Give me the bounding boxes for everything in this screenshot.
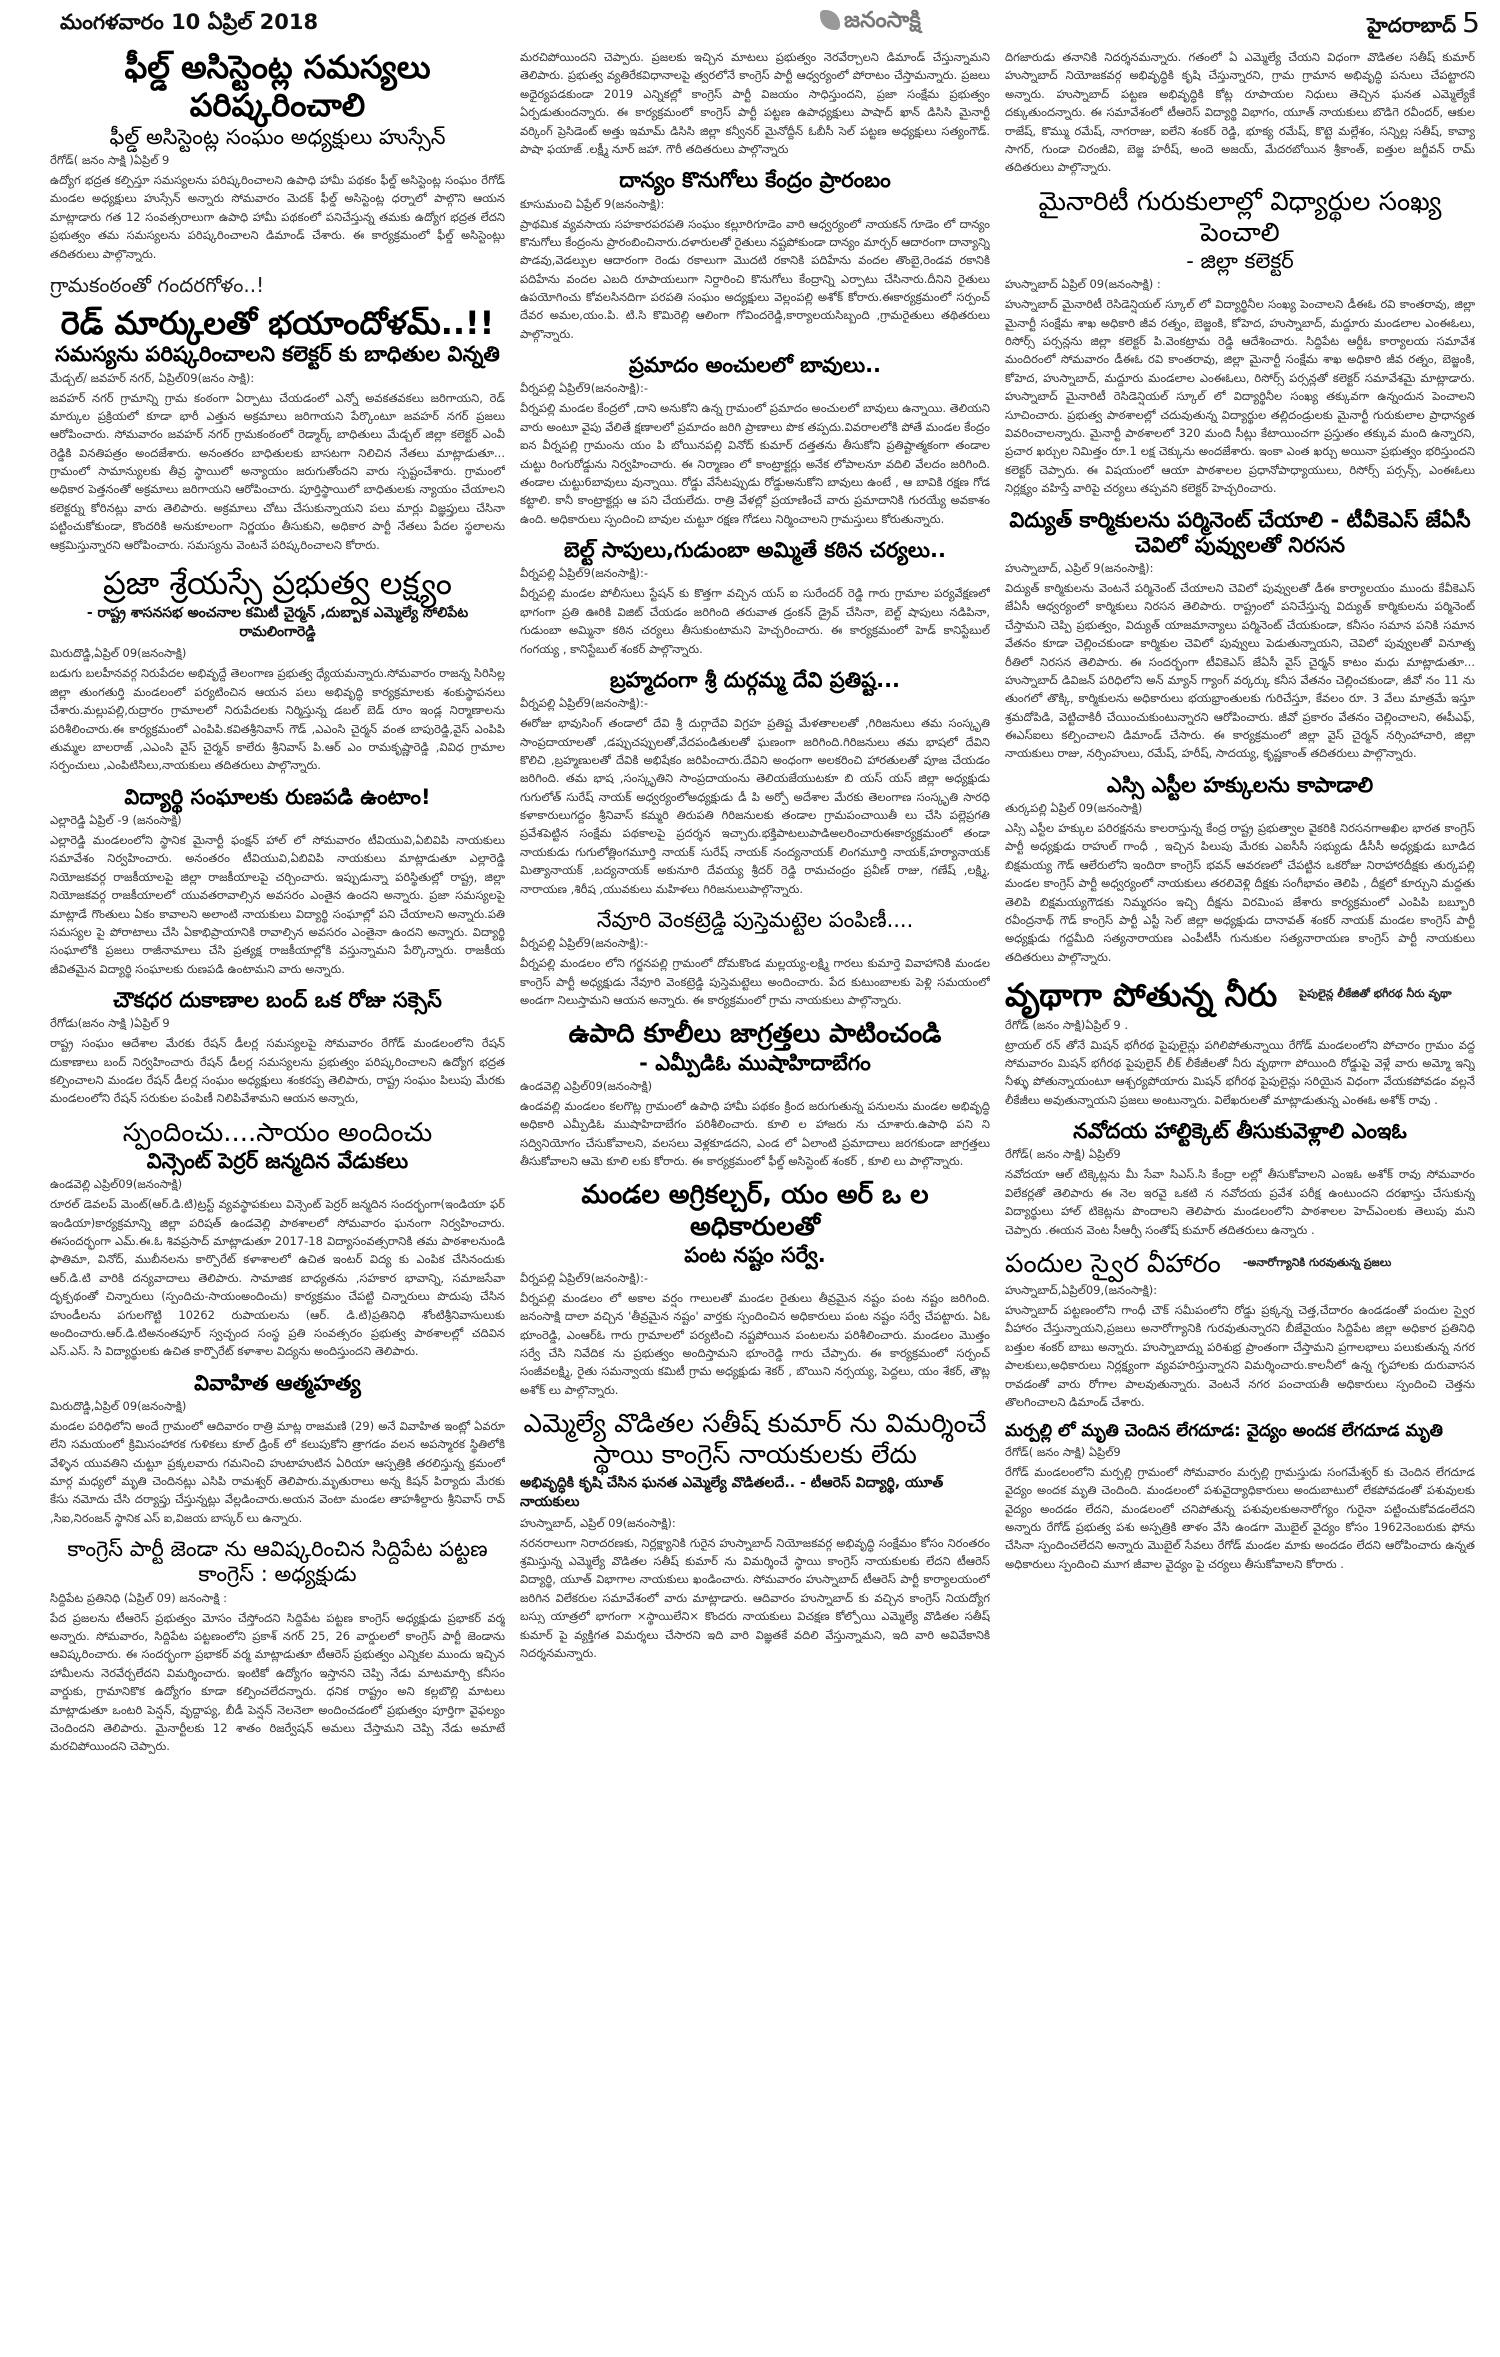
story-body: విద్యుత్ కార్మికులను వెంటనే పర్మినెంట్ చ… xyxy=(1005,579,1475,763)
dateline: వీర్నపల్లి ఏప్రిల్9(జనంసాక్షి):- xyxy=(520,936,990,953)
dateline: మేడ్చల్/ జవహర్ నగర్, ఏప్రిల్09(జనం సాక్ష… xyxy=(50,371,505,388)
headline: ఎమ్మెల్యే వొడితల సతీష్ కుమార్ ను విమర్శి… xyxy=(520,1409,990,1471)
story-body: జవహర్ నగర్ గ్రామాన్ని గ్రామ కంఠంగా ఏర్పా… xyxy=(50,389,505,555)
story-body: ప్రాథమిక వ్యవసాయ సహకారపరపతి సంఘం కల్లూరి… xyxy=(520,215,990,344)
inline-subheadline: పైపులైన్ల లీకేజితో భగీరథ నీరు వృథా xyxy=(1299,987,1451,1003)
logo-text: జనంసాక్షి xyxy=(844,8,921,33)
headline: ఉపాది కూలీలు జాగ్రత్తలు పాటించండి xyxy=(520,1019,990,1050)
page-number: 5 xyxy=(1462,6,1480,39)
story-electricity-workers: విద్యుత్ కార్మికులను పర్మినెంట్ చేయాలి -… xyxy=(1005,508,1475,763)
dateline: హుస్నాబాద్,ఏప్రిల్09,(జనంసాక్షి): xyxy=(1005,1283,1475,1300)
story-minority-gurukul: మైనారిటీ గురుకులాల్లో విధ్యార్థుల సంఖ్య … xyxy=(1005,187,1475,498)
dateline: రేగోడ్ (జనం సాక్షి)ఏప్రిల్ 9 . xyxy=(1005,1018,1475,1035)
dateline: ఎల్లారెడ్డి ఏప్రిల్ -9 (జనంసాక్షి) xyxy=(50,813,505,830)
story-body: ఎస్సి ఎస్టీల హక్కుల పరిరక్షనను కాలరాస్తు… xyxy=(1005,819,1475,966)
story-calf-death: మర్పల్లి లో మృతి చెందిన లేగదూడ: వైద్యం అ… xyxy=(1005,1421,1475,1573)
headline: బ్రహ్మదంగా శ్రీ దుర్గమ్మ దేవి ప్రతిష్ట..… xyxy=(520,668,990,693)
edition-and-page: హైదరాబాద్5 xyxy=(1367,6,1480,42)
story-pigs: పందుల స్వైర వీహారం -అనారోగ్యానికి గురవుత… xyxy=(1005,1249,1475,1412)
column-1: ఫీల్డ్ అసిస్టెంట్ల సమస్యలు పరిష్కరించాలి… xyxy=(50,48,505,2337)
dateline: వీర్నపల్లి ఏప్రిల్9(జనంసాక్షి):- xyxy=(520,696,990,713)
dateline: వీర్నపల్లి ఏప్రిల్9(జనంసాక్షి):- xyxy=(520,381,990,398)
headline: చౌకధర దుకాణాల బంద్ ఒక రోజు సక్సెస్ xyxy=(50,988,505,1013)
story-continuation: మరచిపోయిందని చెప్పారు. ప్రజలకు ఇచ్చిన మా… xyxy=(520,48,990,158)
story-student-unions: విద్యార్థి సంఘాలకు రుణపడి ఉంటాం! ఎల్లారె… xyxy=(50,785,505,978)
dateline: వీర్నపల్లి ఏప్రిల్9(జనంసాక్షి):- xyxy=(520,566,990,583)
dateline: ఉండవెల్లి ఎప్రిల్09(జనంసాక్షి) xyxy=(50,1177,505,1194)
story-body: నవోదయా ఆల్ టిక్కెట్లను మీ సేవా సిఎస్.సి … xyxy=(1005,1165,1475,1239)
subheadline: చెవిలో పువ్వులతో నిరసన xyxy=(1005,533,1475,558)
headline: బెల్ట్ సాపులు,గుడుంబా అమ్మితే కఠిన చర్యల… xyxy=(520,538,990,563)
dateline: ఉండవెల్లి ఎప్రిల్09(జనంసాక్షి) xyxy=(520,1079,990,1096)
edition-name: హైదరాబాద్ xyxy=(1367,13,1456,37)
story-suicide: వివాహిత ఆత్మహత్య మిరుదొడ్డి,ఏప్రిల్ 09(జ… xyxy=(50,1371,505,1528)
headline: నవోదయ హాల్టిక్కెట్ తీసుకువెళ్లాలి ఎంఇఓ xyxy=(1005,1119,1475,1144)
dateline: హుస్నాబాద్, ఎప్రిల్ 09(జనంసాక్షి): xyxy=(520,1516,990,1533)
story-durgamma: బ్రహ్మదంగా శ్రీ దుర్గమ్మ దేవి ప్రతిష్ట..… xyxy=(520,668,990,898)
story-sc-st-rights: ఎస్సి ఎస్టీల హక్కులను కాపాడాలి తుర్కపల్ల… xyxy=(1005,773,1475,966)
story-congress-flag: కాంగ్రెస్ పార్టీ జెండా ను ఆవిష్కరించిన స… xyxy=(50,1537,505,1756)
story-ration-bandh: చౌకధర దుకాణాల బంద్ ఒక రోజు సక్సెస్ రేగోడ… xyxy=(50,988,505,1108)
dateline: రేగోడు(జనం సాక్షి )ఏప్రిల్ 9 xyxy=(50,1016,505,1033)
story-body: రూరల్ డెవలప్ మెంట్(ఆర్.డి.టి)ట్రస్ట్ వ్య… xyxy=(50,1195,505,1361)
subheadline: ఫీల్డ్ అసిస్టెంట్ల సంఘం అధ్యక్షులు హుస్స… xyxy=(50,125,505,150)
headline-row: వృథాగా పోతున్న నీరు పైపులైన్ల లీకేజితో భ… xyxy=(1005,976,1475,1014)
headline: వృథాగా పోతున్న నీరు xyxy=(1005,976,1277,1014)
story-body: రేగోడ్ మండలంలోని మర్పల్లి గ్రామంలో సోమవా… xyxy=(1005,1463,1475,1573)
column-3: దిగజారుడు తనానికి నిదర్శనమన్నారు. గతంలో … xyxy=(1005,48,1475,2337)
story-body: ఉద్యోగ భద్రత కల్పిస్తూ సమస్యలను పరిష్కరి… xyxy=(50,171,505,263)
headline: మైనారిటీ గురుకులాల్లో విధ్యార్థుల సంఖ్య … xyxy=(1005,187,1475,249)
story-belt-shops: బెల్ట్ సాపులు,గుడుంబా అమ్మితే కఠిన చర్యల… xyxy=(520,538,990,658)
headline-row: పందుల స్వైర వీహారం -అనారోగ్యానికి గురవుత… xyxy=(1005,1249,1475,1280)
story-water-wastage: వృథాగా పోతున్న నీరు పైపులైన్ల లీకేజితో భ… xyxy=(1005,976,1475,1109)
headline: నేవూరి వెంకట్రెడ్డి పుస్తెమట్టెల పంపిణీ.… xyxy=(520,908,990,933)
subheadline: - రాష్ట్ర శాసనసభ అంచనాల కమిటీ చైర్మన్ ,ద… xyxy=(50,605,505,643)
dateline: రేగోడ్( జనం సాక్షి) ఏప్రిల్9 xyxy=(1005,1147,1475,1164)
story-body: దిగజారుడు తనానికి నిదర్శనమన్నారు. గతంలో … xyxy=(1005,48,1475,177)
masthead: మంగళవారం 10 ఏప్రిల్ 2018 జనంసాక్షి హైదరా… xyxy=(60,6,1480,40)
subheadline: సమస్యను పరిష్కరించాలని కలెక్టర్ కు బాధిత… xyxy=(50,342,505,367)
story-body: మండల పరిధిలోని అందే గ్రామంలో ఆదివారం రాత… xyxy=(50,1417,505,1527)
headline: పందుల స్వైర వీహారం xyxy=(1005,1249,1221,1280)
dateline: హుస్నాబాద్, ఎప్రిల్ 9(జనంసాక్షి): xyxy=(1005,561,1475,578)
subheadline: అభివృద్ధికి కృషి చేసిన ఘనత ఎమ్మెల్యే వొడ… xyxy=(520,1475,990,1513)
issue-date: మంగళవారం 10 ఏప్రిల్ 2018 xyxy=(60,10,318,40)
story-red-marks: గ్రామకంఠంతో గందరగోళం..! రెడ్ మార్కులతో భ… xyxy=(50,273,505,554)
story-dangerous-wells: ప్రమాదం అంచులలో బావులు.. వీర్నపల్లి ఏప్ర… xyxy=(520,353,990,528)
dateline: కూసుమంచి ఏప్రేల్ 9(జనంసాక్షి): xyxy=(520,197,990,214)
headline: కాంగ్రెస్ పార్టీ జెండా ను ఆవిష్కరించిన స… xyxy=(50,1537,505,1587)
dateline: మిరుదొడ్డి,ఏప్రిల్ 09(జనంసాక్షి) xyxy=(50,1399,505,1416)
dateline: వీర్నపల్లి ఏప్రిల్9(జనంసాక్షి):- xyxy=(520,1271,990,1288)
subheadline: విన్సెంట్ పెర్రర్ జన్మదిన వేడుకలు xyxy=(50,1149,505,1174)
story-body: వీర్నపల్లి మండలం లో అకాల వర్షం గాలులతో మ… xyxy=(520,1289,990,1399)
dateline: తుర్కపల్లి ఏప్రిల్ 09(జనంసాక్షి) xyxy=(1005,801,1475,818)
story-body: రాష్ట్ర సంఘం ఆదేశాల మేరకు రేషన్ డీలర్ల స… xyxy=(50,1034,505,1108)
story-body: ట్రాయల్ రన్ తోనే మిషన్ భగీరథ పైపులైన్లు … xyxy=(1005,1036,1475,1110)
headline: విద్యార్థి సంఘాలకు రుణపడి ఉంటాం! xyxy=(50,785,505,810)
story-body: మరచిపోయిందని చెప్పారు. ప్రజలకు ఇచ్చిన మా… xyxy=(520,48,990,158)
kicker: గ్రామకంఠంతో గందరగోళం..! xyxy=(50,273,505,302)
story-body: హుస్నాబాద్ పట్టణంలోని గాంధీ చౌక్ సమీపంలో… xyxy=(1005,1301,1475,1411)
story-continuation: దిగజారుడు తనానికి నిదర్శనమన్నారు. గతంలో … xyxy=(1005,48,1475,177)
headline: ఫీల్డ్ అసిస్టెంట్ల సమస్యలు పరిష్కరించాలి xyxy=(50,48,505,125)
story-body: హుస్నాబాద్ మైనారిటీ రెసిడెన్షియల్ స్కూల్… xyxy=(1005,295,1475,497)
dateline: మిరుదొడ్డి,ఏప్రిల్ 09(జనంసాక్షి) xyxy=(50,646,505,663)
story-crop-survey: మండల అగ్రికల్చర్, యం అర్ ఒ ల అధికారులతో … xyxy=(520,1180,990,1399)
story-body: నరనరాలుగా నిరాదరణకు, నిర్లక్ష్యానికి గుర… xyxy=(520,1534,990,1663)
story-body: బడుగు బలహీనవర్గ నిరుపేదల అభివృద్దే తెలంగ… xyxy=(50,664,505,774)
headline: ఎస్సి ఎస్టీల హక్కులను కాపాడాలి xyxy=(1005,773,1475,798)
headline: మర్పల్లి లో మృతి చెందిన లేగదూడ: వైద్యం అ… xyxy=(1005,1421,1475,1441)
dateline: రేగోడ్( జనం సాక్షి) ఏప్రిల్9 xyxy=(1005,1445,1475,1462)
story-grain-purchase: దాన్యం కొనుగోలు కేంద్రం ప్రారంబం కూసుమంచ… xyxy=(520,168,990,343)
story-field-assistants: ఫీల్డ్ అసిస్టెంట్ల సమస్యలు పరిష్కరించాలి… xyxy=(50,48,505,263)
story-body: ఈరోజు భావుసింగ్ తండాలో దేవి శ్రీ దుర్గాద… xyxy=(520,714,990,898)
headline: విద్యుత్ కార్మికులను పర్మినెంట్ చేయాలి -… xyxy=(1005,508,1475,533)
story-body: వీర్నపల్లి మండలం లోని గర్జనపల్లి గ్రామంల… xyxy=(520,954,990,1009)
headline: స్పందించు....సాయం అందించు xyxy=(50,1118,505,1149)
story-body: వీర్నపల్లి మండల పోలీసులు స్టేషన్ కు కొత్… xyxy=(520,584,990,658)
story-mla-satish: ఎమ్మెల్యే వొడితల సతీష్ కుమార్ ను విమర్శి… xyxy=(520,1409,990,1662)
dateline: సిద్దిపేట ప్రతినిధి (ఏప్రిల్ 09) జనంసాక్… xyxy=(50,1591,505,1608)
story-praja-shreyasse: ప్రజా శ్రేయస్సే ప్రభుత్వ లక్ష్యం - రాష్ట… xyxy=(50,564,505,775)
headline: మండల అగ్రికల్చర్, యం అర్ ఒ ల అధికారులతో xyxy=(520,1180,990,1242)
headline: దాన్యం కొనుగోలు కేంద్రం ప్రారంబం xyxy=(520,168,990,193)
headline: ప్రమాదం అంచులలో బావులు.. xyxy=(520,353,990,378)
headline: రెడ్ మార్కులతో భయాందోళమ్..!! xyxy=(50,304,505,342)
column-2: మరచిపోయిందని చెప్పారు. ప్రజలకు ఇచ్చిన మా… xyxy=(520,48,990,2337)
headline: ప్రజా శ్రేయస్సే ప్రభుత్వ లక్ష్యం xyxy=(50,564,505,602)
subheadline: - ఎమ్పీడిఓ ముషాహిదాబేగం xyxy=(520,1051,990,1076)
headline: వివాహిత ఆత్మహత్య xyxy=(50,1371,505,1396)
dateline: హుస్నాబాద్ ఏప్రిల్ 09(జనంసాక్షి) : xyxy=(1005,277,1475,294)
story-body: ఎల్లారెడ్డి మండలంలోని స్థానిక మైనార్టీ ఫ… xyxy=(50,831,505,978)
subheadline: - జిల్లా కలెక్టర్ xyxy=(1005,249,1475,274)
newspaper-logo: జనంసాక్షి xyxy=(820,8,921,38)
story-nevuri: నేవూరి వెంకట్రెడ్డి పుస్తెమట్టెల పంపిణీ.… xyxy=(520,908,990,1009)
subheadline: పంట నష్టం సర్వే. xyxy=(520,1243,990,1268)
story-navodaya: నవోదయ హాల్టిక్కెట్ తీసుకువెళ్లాలి ఎంఇఓ ర… xyxy=(1005,1119,1475,1239)
story-upadhi-workers: ఉపాది కూలీలు జాగ్రత్తలు పాటించండి - ఎమ్ప… xyxy=(520,1019,990,1170)
inline-subheadline: -అనారోగ్యానికి గురవుతున్న ప్రజలు xyxy=(1243,1256,1391,1272)
story-body: ఉండవల్లి మండలం కలగొట్ల గ్రామంలో ఉపాధి హా… xyxy=(520,1097,990,1171)
story-body: పేద ప్రజలను టీఆరెస్ ప్రభుత్వం మోసం చేస్త… xyxy=(50,1609,505,1756)
logo-leaf-icon xyxy=(820,10,840,30)
story-spandinchu: స్పందించు....సాయం అందించు విన్సెంట్ పెర్… xyxy=(50,1118,505,1361)
dateline: రేగోడ్( జనం సాక్షి )ఏప్రిల్ 9 xyxy=(50,153,505,170)
story-body: వీర్నపల్లి మండల కేంద్రలో ,దాని అనుకోని ఉ… xyxy=(520,399,990,528)
